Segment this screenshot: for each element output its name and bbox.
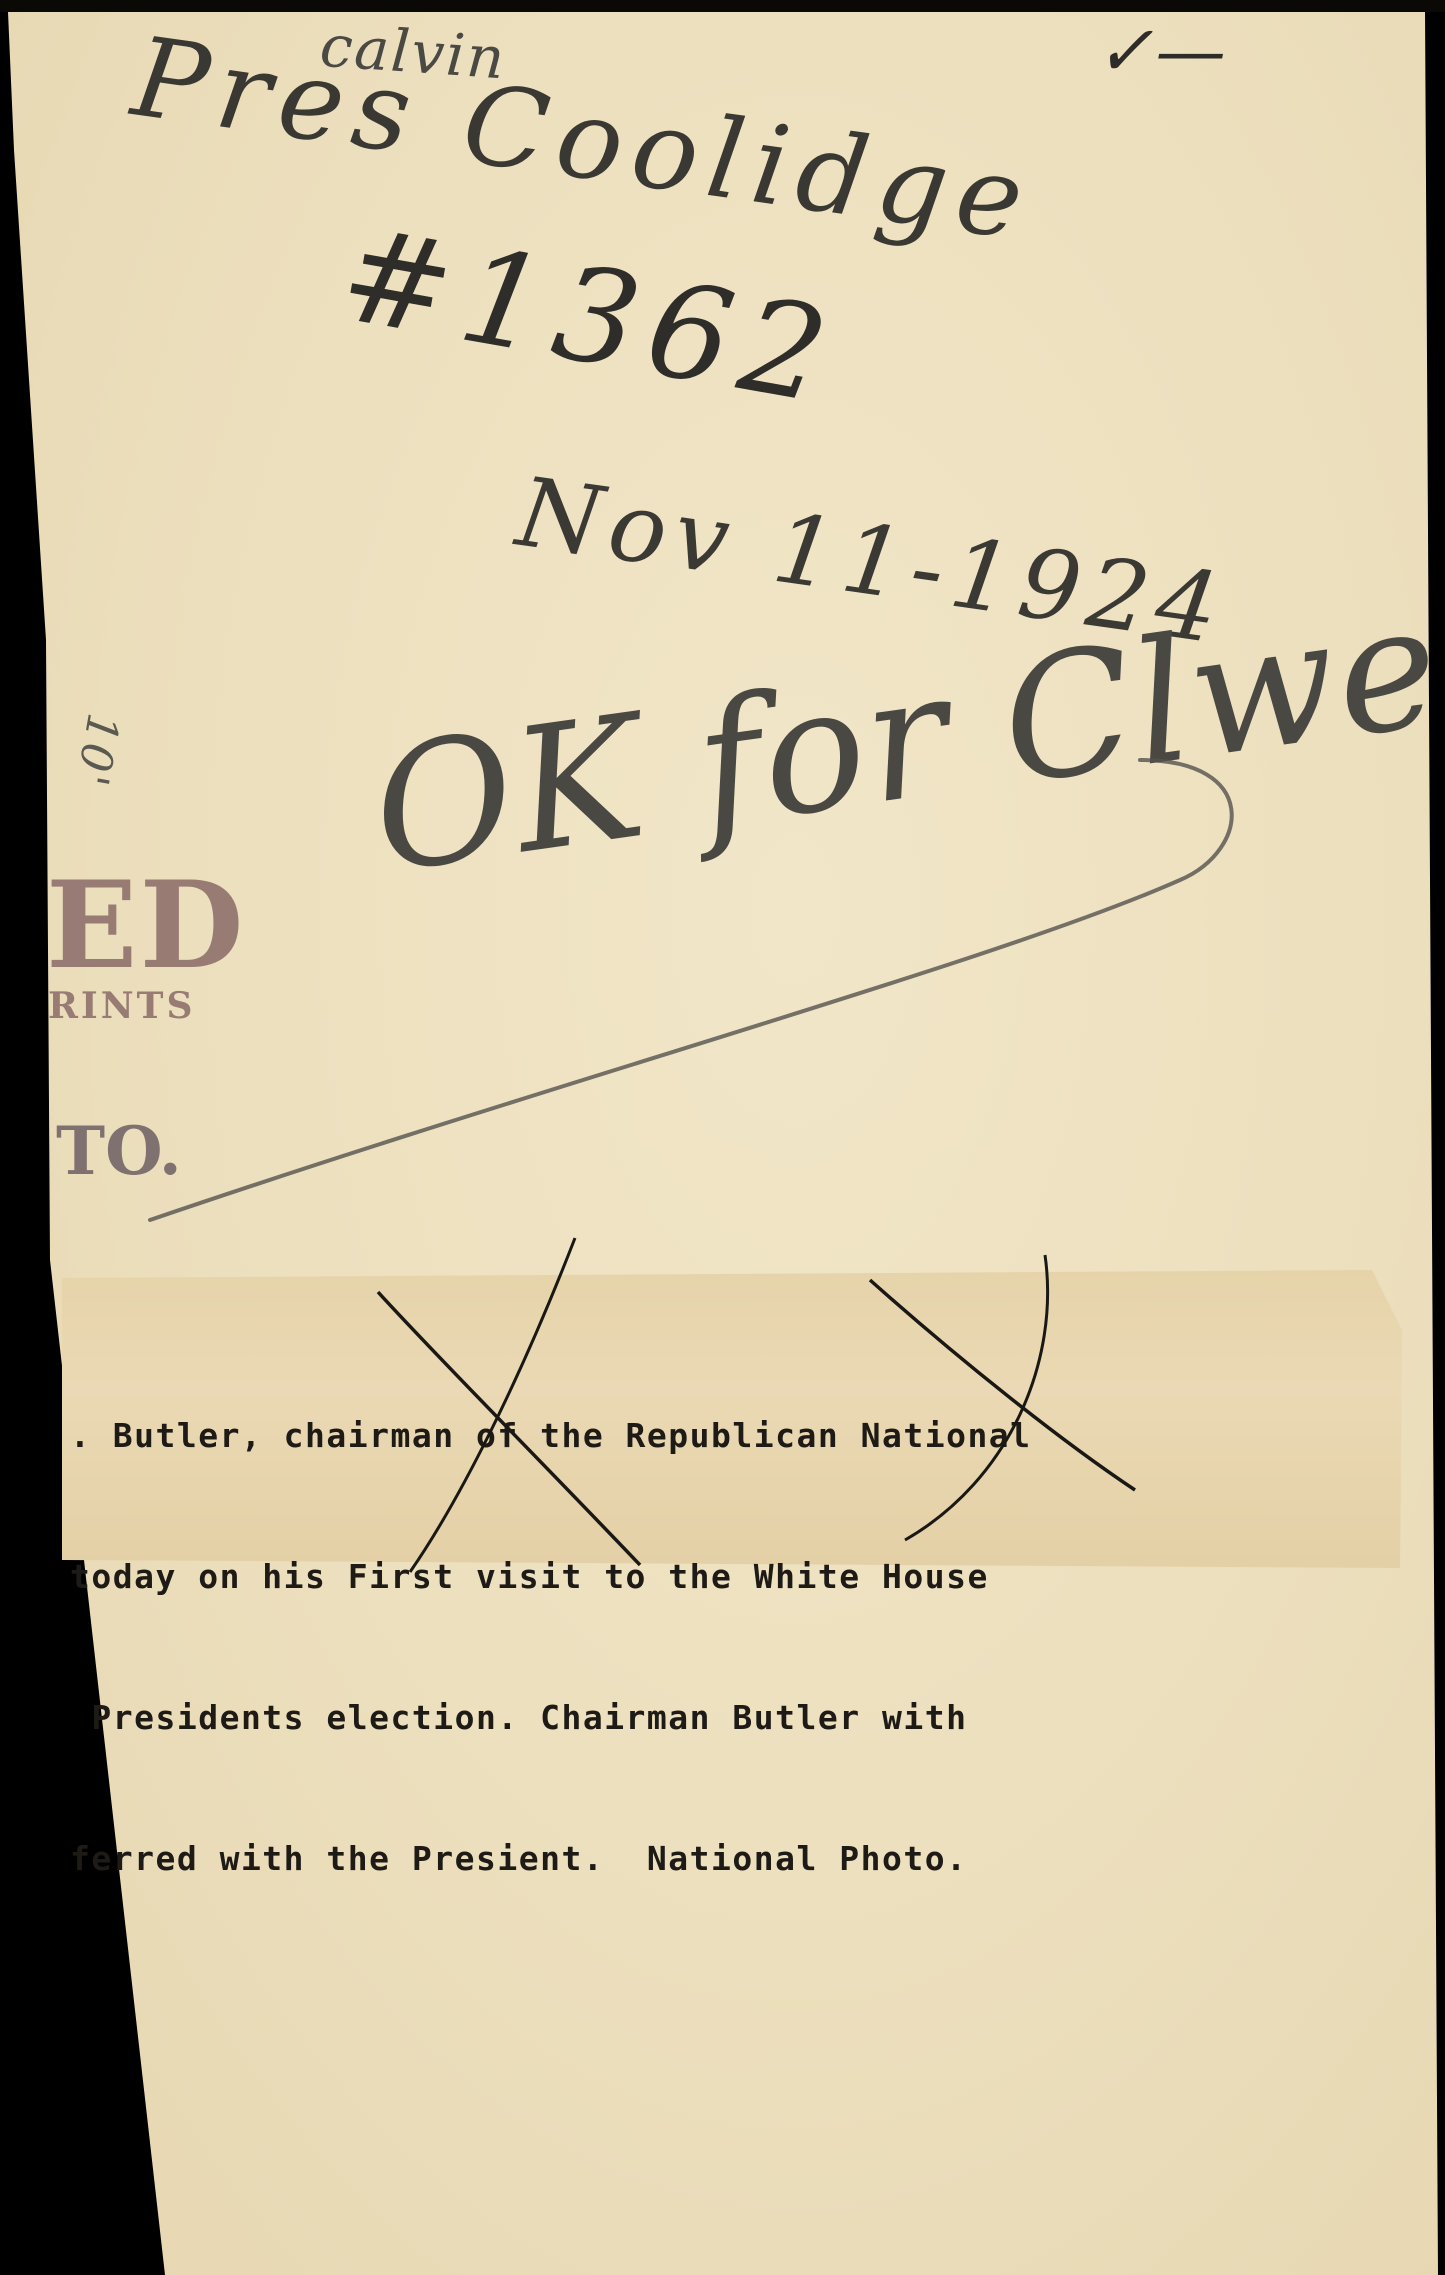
caption-line-1: . Butler, chairman of the Republican Nat… — [70, 1412, 1032, 1459]
typed-caption: . Butler, chairman of the Republican Nat… — [70, 1318, 1032, 1929]
caption-line-3: Presidents election. Chairman Butler wit… — [70, 1694, 1032, 1741]
stamp-fragment-to: TO. — [56, 1112, 182, 1190]
scan-top-edge — [0, 0, 1445, 12]
stamp-fragment-prints: RINTS — [48, 985, 195, 1027]
caption-line-2: today on his First visit to the White Ho… — [70, 1553, 1032, 1600]
caption-line-4: ferred with the Presient. National Photo… — [70, 1835, 1032, 1882]
stamp-fragment-ed: ED — [46, 855, 246, 996]
handwritten-check-mark: ✓— — [1095, 10, 1228, 92]
